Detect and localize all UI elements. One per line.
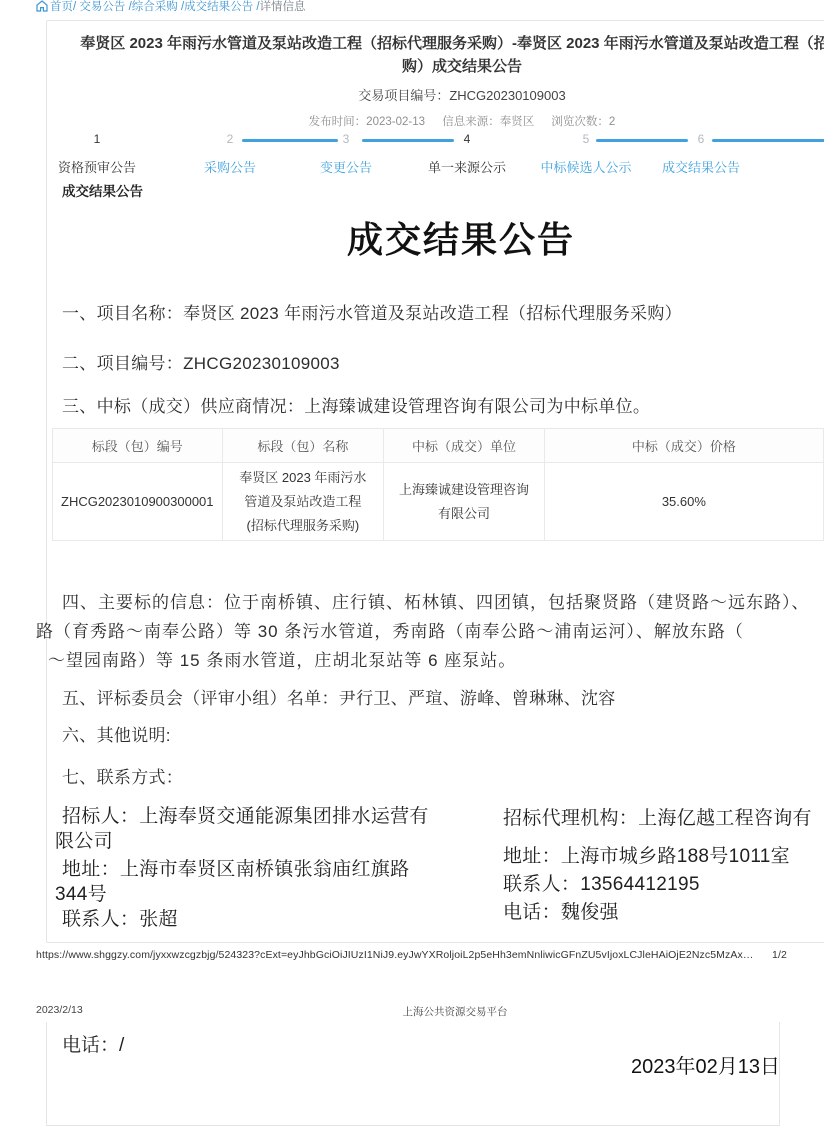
step-label[interactable]: 中标候选人公示 (521, 157, 651, 176)
section-project-number: 二、项目编号：ZHCG20230109003 (62, 349, 340, 374)
section-contact-info: 七、联系方式： (62, 763, 183, 788)
cell-winning-price: 35.60% (544, 463, 823, 541)
table-header-row: 标段（包）编号 标段（包）名称 中标（成交）单位 中标（成交）价格 (53, 429, 824, 463)
print-page: 首页/ 交易公告 /综合采购 /成交结果公告 /详情信息 奉贤区 2023 年雨… (0, 0, 824, 1145)
step-connector (712, 139, 824, 142)
tenderer-address-line2: 344号 (55, 879, 107, 906)
step-number: 1 (32, 132, 162, 146)
print-footer-page-number: 1/2 (772, 949, 787, 961)
col-header-winning-price: 中标（成交）价格 (544, 429, 823, 463)
step-connector (596, 139, 688, 142)
col-header-winning-unit: 中标（成交）单位 (384, 429, 545, 463)
agency-address: 地址：上海市城乡路188号1011室 (503, 841, 790, 868)
breadcrumb: 首页/ 交易公告 /综合采购 /成交结果公告 /详情信息 (36, 0, 306, 16)
step-label[interactable]: 成交结果公告 (636, 157, 766, 176)
section-subject-info-line3: ～望园南路）等 15 条雨水管道，庄胡北泵站等 6 座泵站。 (48, 646, 516, 671)
cell-lot-number: ZHCG2023010900300001 (53, 463, 223, 541)
tenderer-phone: 电话：/ (62, 1030, 124, 1057)
document-title-line1: 奉贤区 2023 年雨污水管道及泵站改造工程（招标代理服务采购）-奉贤区 202… (47, 32, 824, 55)
home-icon[interactable] (36, 0, 48, 16)
page-title: 成交结果公告 (46, 212, 824, 263)
col-header-lot-name: 标段（包）名称 (222, 429, 384, 463)
meta-line: 发布时间：2023-02-13 信息来源：奉贤区 浏览次数：2 (47, 113, 824, 129)
tenderer-name-line2: 限公司 (55, 826, 113, 853)
print-footer-url: https://www.shggzy.com/jyxxwzcgzbjg/5243… (36, 949, 753, 961)
step-label: 资格预审公告 (32, 157, 162, 176)
publish-date-value: 2023-02-13 (366, 116, 425, 128)
breadcrumb-item-home[interactable]: 首页 (50, 1, 73, 13)
views-label: 浏览次数： (551, 116, 609, 128)
views-value: 2 (609, 116, 615, 128)
agency-contact-person: 联系人：13564412195 (503, 869, 700, 896)
agency-phone: 电话：魏俊强 (503, 897, 619, 924)
table-row: ZHCG2023010900300001 奉贤区 2023 年雨污水 管道及泵站… (53, 463, 824, 541)
signature-date: 2023年02月13日 (380, 1050, 780, 1079)
step-label[interactable]: 采购公告 (165, 157, 295, 176)
project-number-value: ZHCG20230109003 (449, 88, 565, 103)
col-header-lot-number: 标段（包）编号 (53, 429, 223, 463)
tenderer-name-line1: 招标人：上海奉贤交通能源集团排水运营有 (62, 801, 429, 828)
section-subject-info-line2: 路（育秀路～南奉公路）等 30 条污水管道，秀南路（南奉公路～浦南运河）、解放东… (36, 617, 744, 642)
section-winning-supplier: 三、中标（成交）供应商情况：上海臻诚建设管理咨询有限公司为中标单位。 (62, 392, 650, 417)
step-connector (242, 139, 338, 142)
breadcrumb-item-result-announcement[interactable]: 成交结果公告 (184, 1, 253, 13)
document-title-line2: 购）成交结果公告 (47, 55, 824, 78)
cell-lot-name: 奉贤区 2023 年雨污水 管道及泵站改造工程 (招标代理服务采购) (222, 463, 384, 541)
tenderer-contact-person: 联系人：张超 (62, 904, 178, 931)
breadcrumb-item-comprehensive-procurement[interactable]: 综合采购 (132, 1, 178, 13)
project-number-label: 交易项目编号： (358, 88, 449, 103)
tenderer-address-line1: 地址：上海市奉贤区南桥镇张翁庙红旗路 (62, 854, 409, 881)
project-number-line: 交易项目编号：ZHCG20230109003 (47, 85, 824, 104)
step-connector (362, 139, 454, 142)
print-header-date: 2023/2/13 (36, 1004, 83, 1016)
breadcrumb-item-trade-announcements[interactable]: 交易公告 (79, 1, 125, 13)
print-header-platform: 上海公共资源交易平台 (90, 1004, 820, 1019)
step-prequalification: 1 资格预审公告 (32, 132, 162, 176)
breadcrumb-item-detail: 详情信息 (260, 1, 306, 13)
source-value: 奉贤区 (500, 116, 535, 128)
bid-result-table: 标段（包）编号 标段（包）名称 中标（成交）单位 中标（成交）价格 ZHCG20… (52, 428, 824, 541)
cell-winning-unit: 上海臻诚建设管理咨询 有限公司 (384, 463, 545, 541)
section-subject-info-line1: 四、主要标的信息：位于南桥镇、庄行镇、柘林镇、四团镇，包括聚贤路（建贤路～远东路… (62, 588, 810, 613)
section-project-name: 一、项目名称：奉贤区 2023 年雨污水管道及泵站改造工程（招标代理服务采购） (62, 299, 682, 324)
agency-name: 招标代理机构：上海亿越工程咨询有 (503, 803, 812, 830)
step-label: 单一来源公示 (402, 157, 532, 176)
section-evaluation-committee: 五、评标委员会（评审小组）名单：尹行卫、严瑄、游峰、曾琳琳、沈容 (62, 684, 616, 709)
section-other-notes: 六、其他说明: (62, 721, 171, 746)
publish-date-label: 发布时间： (309, 116, 367, 128)
source-label: 信息来源： (442, 116, 500, 128)
step-label[interactable]: 变更公告 (281, 157, 411, 176)
tab-result-announcement: 成交结果公告 (62, 180, 143, 200)
